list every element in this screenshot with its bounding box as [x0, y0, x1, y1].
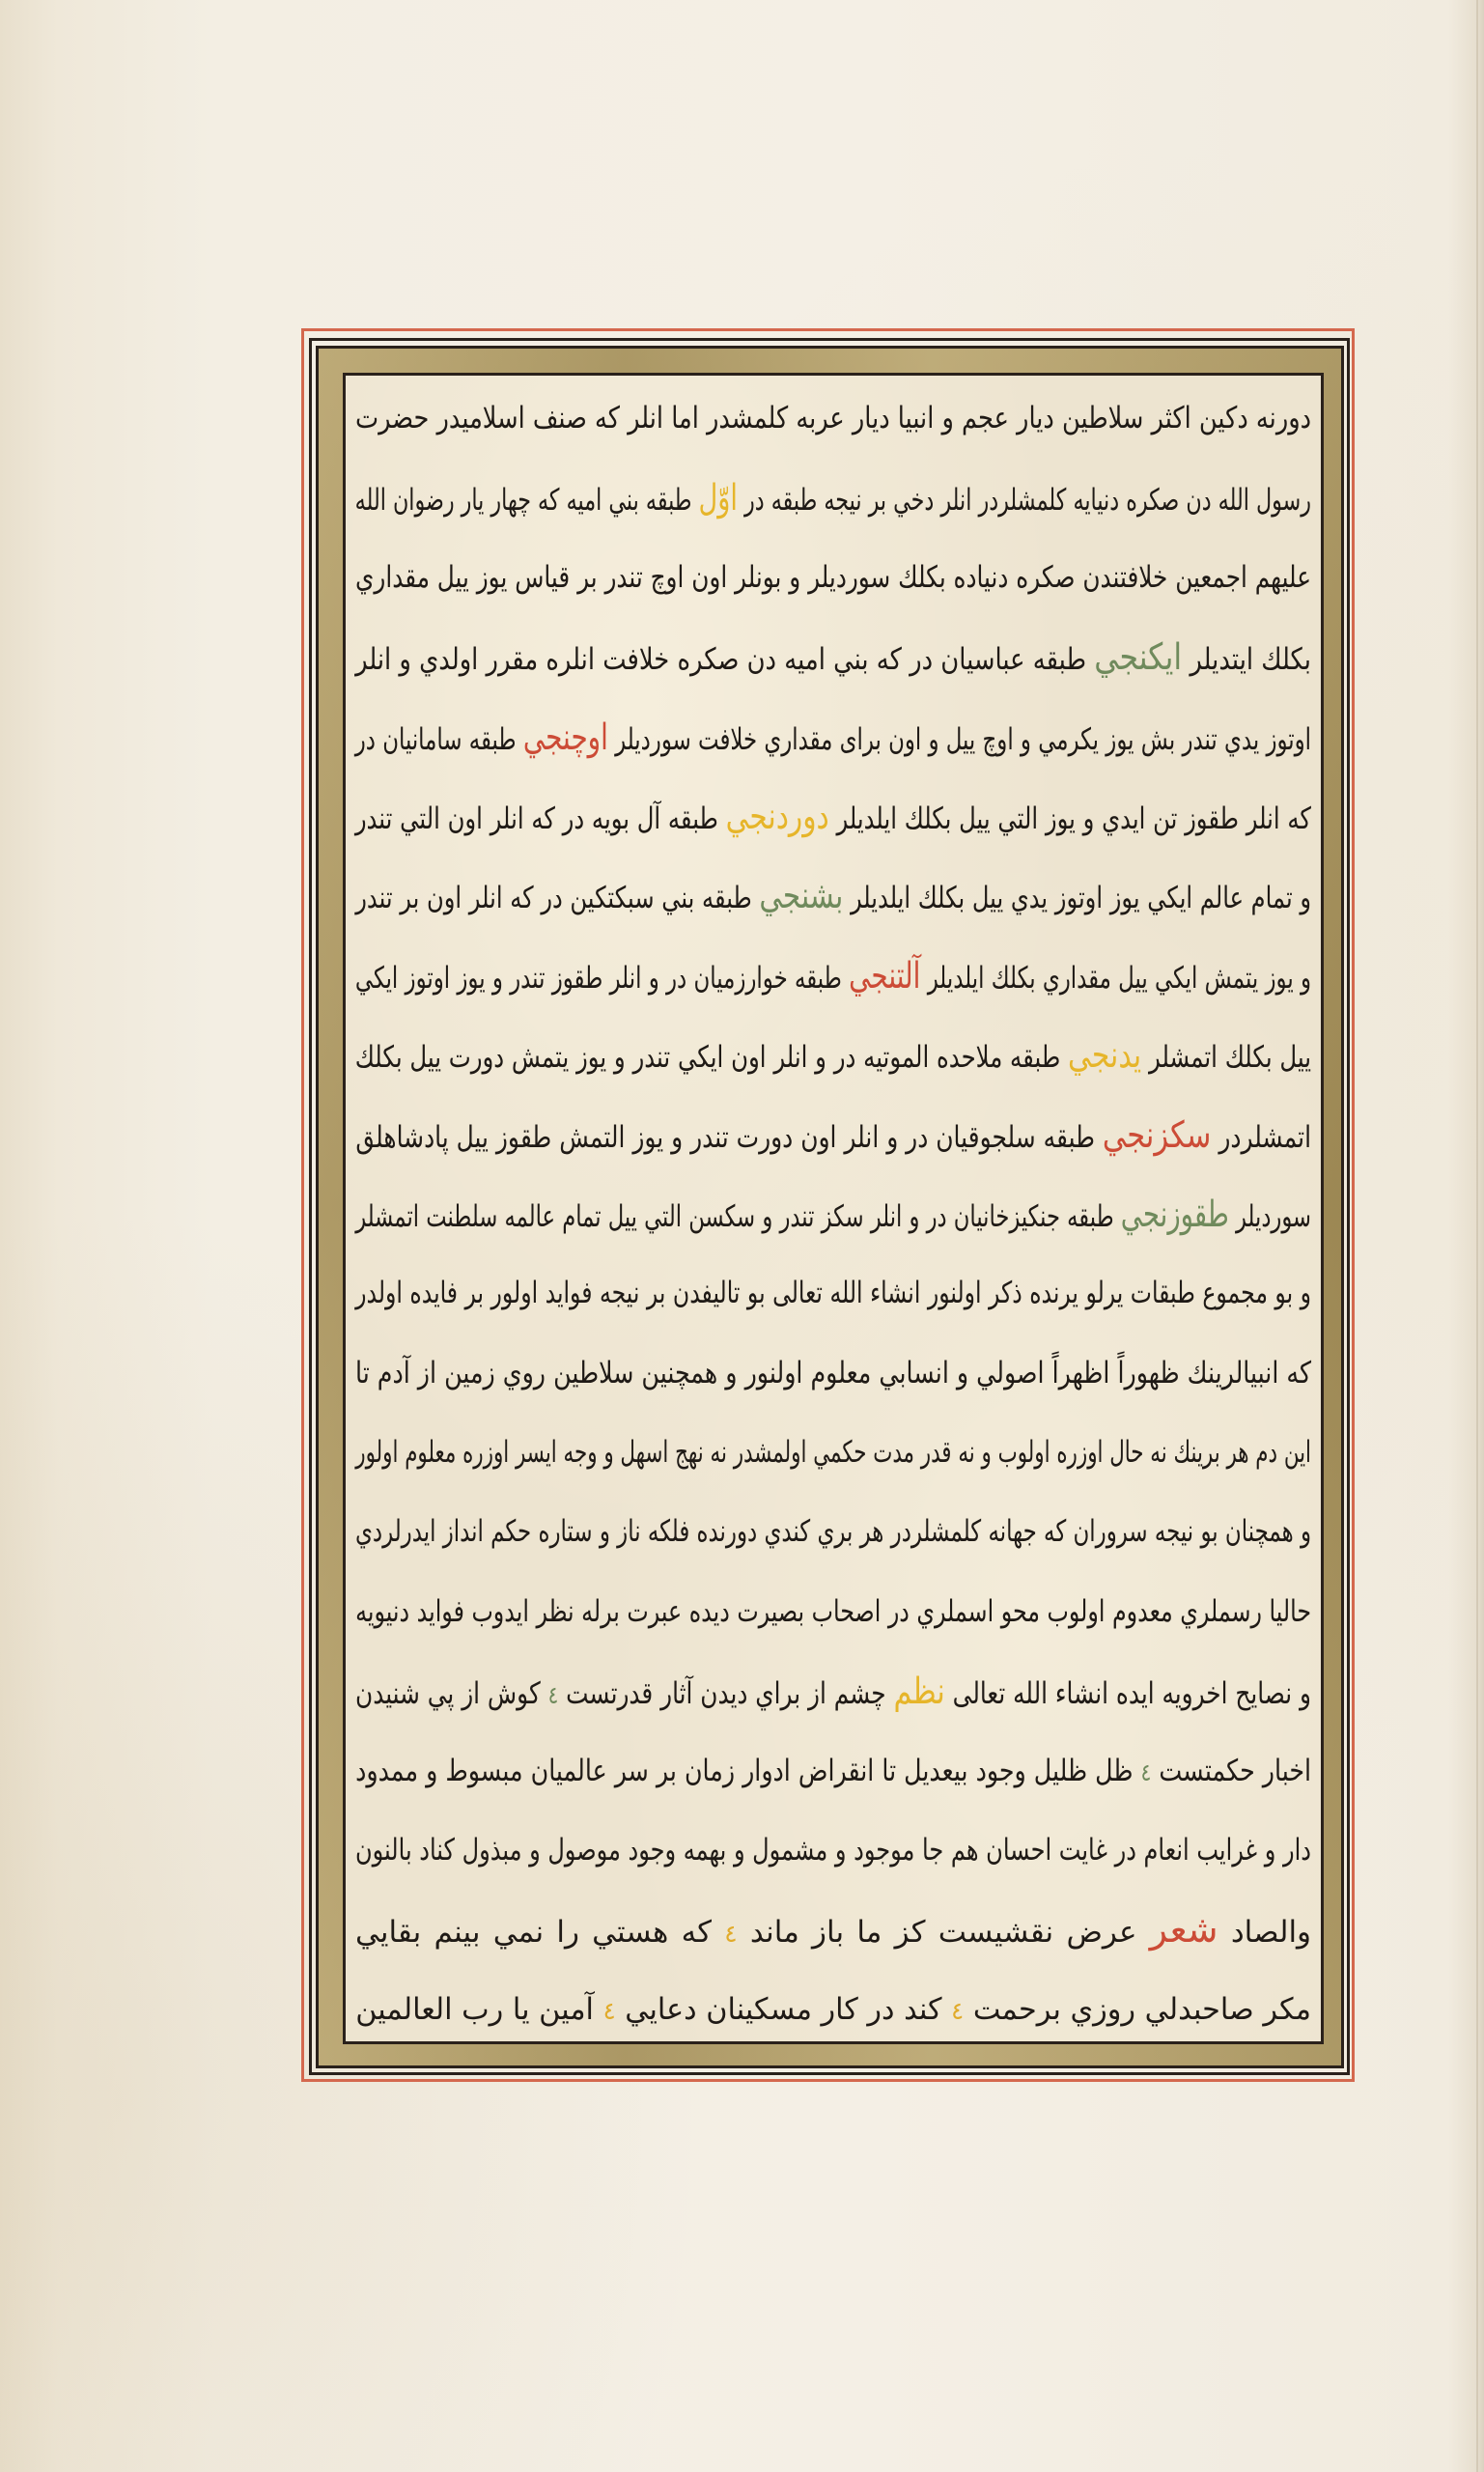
text-segment: طبقه عباسيان در كه بني اميه دن صكره خلاف…: [355, 642, 1086, 677]
text-segment: طبقه بني سبكتكين در كه انلر اون بر تندر: [355, 881, 751, 915]
page-edge: [1476, 0, 1478, 2472]
text-segment: اوتوز يدي تندر بش يوز يكرمي و اوچ ييل و …: [615, 722, 1311, 757]
text-segment: والصاد: [1231, 1915, 1311, 1950]
text-segment: كه انلر طقوز تن ايدي و يوز التي ييل بكلك…: [836, 801, 1311, 836]
verse-separator-icon: ٤: [1141, 1758, 1152, 1786]
text-segment: طبقه بني اميه كه چهار يار رضوان الله: [355, 483, 692, 518]
text-line: و تمام عالم ايكي يوز اوتوز يدي ييل بكلك …: [567, 856, 1311, 935]
text-segment: چشم از براي ديدن آثار قدرتست: [566, 1676, 885, 1711]
text-line: اخبار حكمتست ٤ ظل ظليل وجود بيعديل تا ان…: [531, 1731, 1311, 1811]
verse-separator-icon: ٤: [724, 1920, 737, 1948]
verse-separator-icon: ٤: [603, 1997, 616, 2025]
text-line: دار و غرايب انعام در غايت احسان هم جا مو…: [570, 1811, 1311, 1890]
text-segment: كه انبيالرينك ظهوراً اظهراً اصولي و انسا…: [355, 1356, 1311, 1390]
text-line: و بو مجموع طبقات يرلو يرنده ذكر اولنور ا…: [585, 1253, 1311, 1333]
text-line: بكلك ايتديلر ايكنجي طبقه عباسيان در كه ب…: [516, 617, 1311, 696]
text-line: اوتوز يدي تندر بش يوز يكرمي و اوچ ييل و …: [607, 697, 1311, 776]
text-segment: سورديلر: [1236, 1199, 1311, 1234]
text-line: و همچنان بو نيجه سروران كه جهانه كلمشلرد…: [605, 1492, 1311, 1571]
text-line: اتمشلردر سكزنجي طبقه سلجوقيان در و انلر …: [543, 1095, 1311, 1174]
rubric-word-sixth-class: آلتنجي: [849, 954, 920, 997]
text-segment: كوش از پي شنيدن: [355, 1676, 541, 1711]
text-segment: و يوز يتمش ايكي ييل مقداري بكلك ايلديلر: [928, 961, 1311, 996]
text-line: مكر صاحبدلي روزي برحمت ٤ كند در كار مسكي…: [378, 1970, 1311, 2049]
text-line: كه انلر طقوز تن ايدي و يوز التي ييل بكلك…: [562, 776, 1311, 856]
text-line: سورديلر طقوزنجي طبقه جنكيزخانيان در و ان…: [613, 1174, 1311, 1253]
verse-separator-icon: ٤: [951, 1997, 964, 2025]
rubric-word-second-class: ايكنجي: [1094, 635, 1182, 678]
text-line: و نصايح اخرويه ايده انشاء الله تعالى نظم…: [547, 1651, 1311, 1730]
rubric-word-seventh-class: يدنجي: [1068, 1033, 1141, 1076]
text-segment: و همچنان بو نيجه سروران كه جهانه كلمشلرد…: [355, 1514, 1311, 1549]
text-segment: ظل ظليل وجود بيعديل تا انقراض ادوار زمان…: [355, 1754, 1133, 1788]
rubric-word-poem: شعر: [1150, 1908, 1218, 1951]
text-segment: عليهم اجمعين خلافتندن صكره دنياده بكلك س…: [355, 560, 1311, 595]
rubric-word-fifth-class: بشنجي: [759, 874, 843, 916]
text-line: حاليا رسملري معدوم اولوب محو اسملري در ا…: [579, 1572, 1311, 1651]
verse-separator-icon: ٤: [548, 1681, 559, 1709]
text-line: عليهم اجمعين خلافتندن صكره دنياده بكلك س…: [548, 538, 1311, 617]
text-segment: دورنه دكين اكثر سلاطين ديار عجم و انبيا …: [355, 401, 1311, 435]
text-line: اين دم هر برينك نه حال اوزره اولوب و نه …: [652, 1413, 1311, 1492]
text-segment: عرض نقشيست كز ما باز ماند: [750, 1915, 1137, 1950]
text-segment: رسول الله دن صكره دنيايه كلمشلردر انلر د…: [744, 483, 1311, 518]
text-line: ييل بكلك اتمشلر يدنجي طبقه ملاحده الموتي…: [559, 1015, 1311, 1094]
text-segment: طبقه جنكيزخانيان در و انلر سكز تندر و سك…: [355, 1199, 1113, 1234]
text-segment: كه هستي را نمي بينم بقايي: [355, 1915, 712, 1950]
text-line: دورنه دكين اكثر سلاطين ديار عجم و انبيا …: [520, 379, 1311, 458]
text-line: و يوز يتمش ايكي ييل مقداري بكلك ايلديلر …: [606, 936, 1311, 1015]
text-segment: ييل بكلك اتمشلر: [1149, 1040, 1311, 1075]
text-segment: طبقه سلجوقيان در و انلر اون دورت تندر و …: [355, 1120, 1095, 1155]
text-segment: طبقه خوارزميان در و انلر طقوز تندر و يوز…: [355, 961, 842, 996]
text-segment: و بو مجموع طبقات يرلو يرنده ذكر اولنور ا…: [355, 1276, 1311, 1310]
rubric-word-verse: نظم: [893, 1670, 944, 1712]
rubric-word-third-class: اوچنجي: [523, 716, 608, 758]
text-segment: اين دم هر برينك نه حال اوزره اولوب و نه …: [355, 1435, 1311, 1470]
text-segment: مكر صاحبدلي روزي برحمت: [973, 1992, 1311, 2027]
text-segment: آمين يا رب العالمين: [355, 1992, 594, 2027]
manuscript-page: دورنه دكين اكثر سلاطين ديار عجم و انبيا …: [0, 0, 1484, 2472]
text-line: والصاد شعر عرض نقشيست كز ما باز ماند ٤ ك…: [355, 1890, 1311, 1969]
rubric-word-first-class: اوّل: [699, 476, 738, 519]
text-segment: بكلك ايتديلر: [1190, 642, 1311, 677]
rubric-word-eighth-class: سكزنجي: [1103, 1113, 1212, 1156]
text-segment: كند در كار مسكينان دعايي: [625, 1992, 941, 2027]
text-line: كه انبيالرينك ظهوراً اظهراً اصولي و انسا…: [531, 1334, 1311, 1413]
text-segment: دار و غرايب انعام در غايت احسان هم جا مو…: [355, 1833, 1311, 1868]
text-segment: اخبار حكمتست: [1159, 1754, 1311, 1788]
text-segment: طبقه آل بويه در كه انلر اون التي تندر: [355, 801, 718, 836]
text-segment: حاليا رسملري معدوم اولوب محو اسملري در ا…: [355, 1594, 1311, 1629]
rubric-word-fourth-class: دوردنجي: [726, 795, 829, 837]
text-segment: و تمام عالم ايكي يوز اوتوز يدي ييل بكلك …: [851, 881, 1311, 915]
text-block: دورنه دكين اكثر سلاطين ديار عجم و انبيا …: [346, 376, 1321, 2041]
text-segment: طبقه ملاحده الموتيه در و انلر اون ايكي ت…: [355, 1040, 1061, 1075]
text-segment: اتمشلردر: [1218, 1120, 1311, 1155]
text-segment: طبقه سامانيان در: [355, 722, 517, 757]
rubric-word-ninth-class: طقوزنجي: [1121, 1193, 1229, 1235]
text-line: رسول الله دن صكره دنيايه كلمشلردر انلر د…: [626, 458, 1311, 537]
text-segment: و نصايح اخرويه ايده انشاء الله تعالى: [953, 1676, 1311, 1711]
